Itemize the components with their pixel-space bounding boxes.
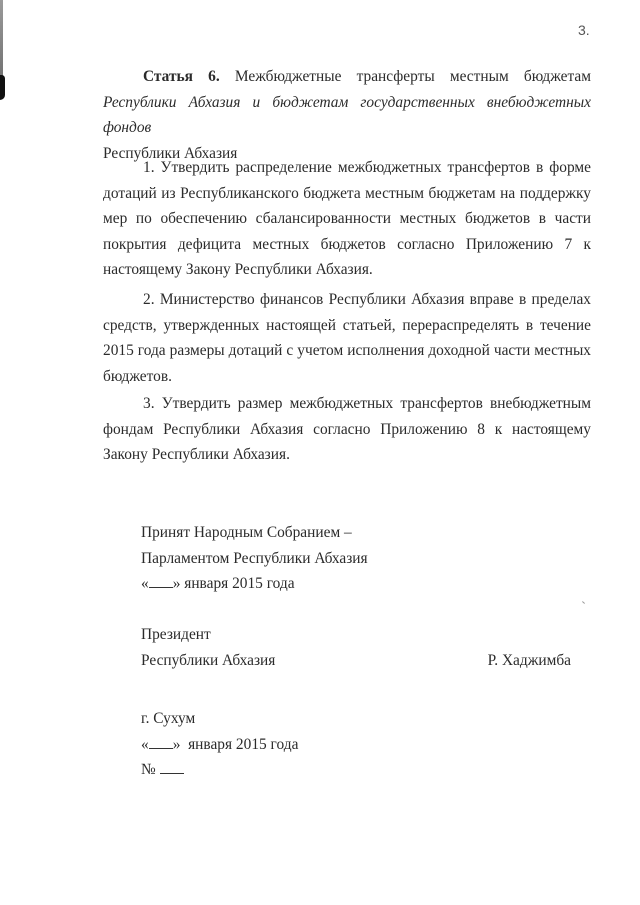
paragraph-line: 3. Утвердить размер межбюджетных трансфе… <box>103 391 591 417</box>
paragraph-line: покрытия дефицита местных бюджетов согла… <box>103 232 591 258</box>
paragraph-line: Закону Республики Абхазия. <box>103 442 591 468</box>
law-number: № <box>141 757 298 783</box>
number-blank <box>160 759 184 774</box>
date-blank <box>149 734 173 749</box>
adoption-date: «» января 2015 года <box>141 571 368 597</box>
signatory-name: Р. Хаджимба <box>488 648 571 674</box>
adoption-line-2: Парламентом Республики Абхазия <box>141 546 368 572</box>
signature-block: Президент Республики Абхазия Р. Хаджимба <box>141 622 571 673</box>
number-sign: № <box>141 761 156 778</box>
scan-speck <box>582 601 585 604</box>
date-blank <box>149 573 173 588</box>
article-heading-line-1: Статья 6. Межбюджетные трансферты местны… <box>103 64 591 90</box>
paragraph-line: мер по обеспечению сбалансированности ме… <box>103 206 591 232</box>
paragraph-line: дотаций из Республиканского бюджета мест… <box>103 181 591 207</box>
paragraph-line: фондам Республики Абхазия согласно Прило… <box>103 417 591 443</box>
paragraph-line: средств, утвержденных настоящей статьей,… <box>103 313 591 339</box>
adoption-line-1: Принят Народным Собранием – <box>141 520 368 546</box>
date-quote-open: « <box>141 736 149 753</box>
adoption-block: Принят Народным Собранием – Парламентом … <box>141 520 368 597</box>
page-number: 3. <box>578 22 590 38</box>
article-title-part-1: Межбюджетные трансферты местным бюджетам <box>235 68 591 85</box>
article-title-part-2: Республики Абхазия и бюджетам государств… <box>103 90 591 141</box>
date-rest: » января 2015 года <box>173 736 299 753</box>
paragraph-line: настоящему Закону Республики Абхазия. <box>103 257 591 283</box>
date-rest: » января 2015 года <box>173 575 295 592</box>
paragraph-2: 2. Министерство финансов Республики Абха… <box>103 287 591 389</box>
city: г. Сухум <box>141 706 298 732</box>
article-label: Статья 6. <box>143 68 220 85</box>
scan-edge-mark <box>0 75 5 100</box>
paragraph-line: 2. Министерство финансов Республики Абха… <box>103 287 591 313</box>
paragraph-line: бюджетов. <box>103 364 591 390</box>
signature-title-line-1: Президент <box>141 622 571 648</box>
signature-title-line-2: Республики Абхазия <box>141 648 275 674</box>
signature-row: Республики Абхазия Р. Хаджимба <box>141 648 571 674</box>
place-date-block: г. Сухум «» января 2015 года № <box>141 706 298 783</box>
signing-date: «» января 2015 года <box>141 732 298 758</box>
date-quote-open: « <box>141 575 149 592</box>
paragraph-line: 1. Утвердить распределение межбюджетных … <box>103 155 591 181</box>
paragraph-1: 1. Утвердить распределение межбюджетных … <box>103 155 591 283</box>
paragraph-line: 2015 года размеры дотаций с учетом испол… <box>103 338 591 364</box>
paragraph-3: 3. Утвердить размер межбюджетных трансфе… <box>103 391 591 468</box>
article-heading: Статья 6. Межбюджетные трансферты местны… <box>103 64 591 166</box>
